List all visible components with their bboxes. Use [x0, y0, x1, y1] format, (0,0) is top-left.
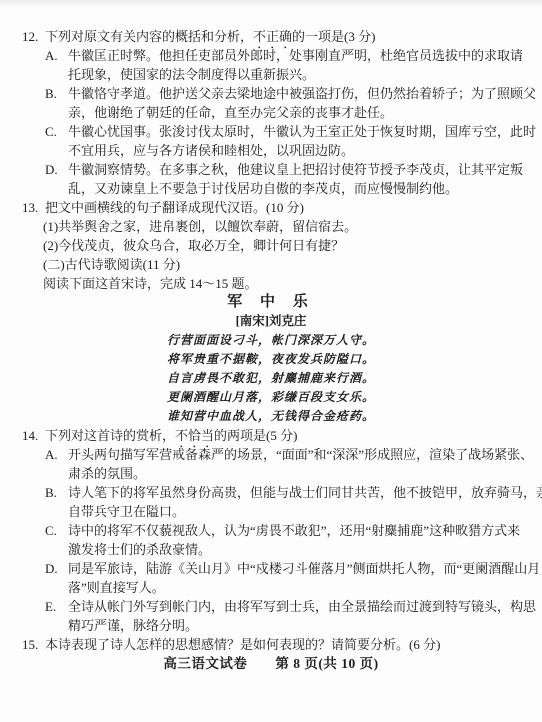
page-content: 12.下列对原文有关内容的概括和分析，不正确的一项是(3 分) A.牛徽匡正时弊… — [0, 27, 542, 673]
question-15-number: 15. — [22, 635, 45, 654]
question-12-number: 12. — [22, 27, 45, 46]
q14-option-c-text: 诗中的将军不仅藐视敌人，认为“虏畏不敢犯”，还用“射麋捕鹿”这种畋猎方式来 — [68, 523, 520, 538]
section-2-heading: (二)古代诗歌阅读(11 分) — [0, 255, 542, 274]
q14-option-b-line-1: B.诗人笔下的将军虽然身份高贵，但能与战士们同甘共苦，他不披铠甲，放弃骑马，亲 — [0, 483, 542, 502]
q14-option-b-line-2: 自带兵守卫在隘口。 — [0, 502, 542, 521]
q14-option-b-label: B. — [45, 483, 68, 502]
question-13-stem: 把文中画横线的句子翻译成现代汉语。(10 分) — [45, 200, 304, 215]
q12-option-c-line-2: 不宜用兵，应与各方诸侯和睦相处，以巩固边防。 — [0, 141, 542, 160]
poem-line: 自言虏畏不敢犯，射麋捕鹿来行酒。 — [0, 369, 542, 388]
poem-line: 将军贵重不据鞍，夜夜发兵防隘口。 — [0, 350, 542, 369]
q14-option-e-line-1: E.全诗从帐门外写到帐门内，由将军写到士兵，由全景描绘而过渡到特写镜头，构思 — [0, 597, 542, 616]
question-14-stem-row: 14.下列对这首诗的赏析，不恰当的两项是(5 分) — [0, 426, 542, 445]
question-15-stem: 本诗表现了诗人怎样的思想感情？是如何表现的？请简要分析。(6 分) — [45, 637, 440, 652]
q14-option-e-label: E. — [45, 597, 68, 616]
q14-option-d-label: D. — [45, 559, 68, 578]
question-12-stem-row: 12.下列对原文有关内容的概括和分析，不正确的一项是(3 分) — [0, 27, 542, 46]
poem-line: 行营面面设刁斗，帐门深深万人守。 — [0, 331, 542, 350]
question-13-number: 13. — [22, 198, 45, 217]
question-14-stem-pre: 下列对这首诗的赏析， — [45, 428, 175, 443]
q12-option-c-label: C. — [45, 122, 68, 141]
q12-option-d-line-2: 乱，又劝谏皇上不要急于讨伐居功自傲的李茂贞，而应慢慢制约他。 — [0, 179, 542, 198]
page-footer: 高三语文试卷 第 8 页(共 10 页) — [0, 654, 542, 673]
q12-option-c-text: 牛徽心忧国事。张浚讨伐太原时，牛徽认为王室正处于恢复时期，国库亏空，此时 — [68, 124, 536, 139]
q14-option-d-line-1: D.同是军旅诗，陆游《关山月》中“戍楼刁斗催落月”侧面烘托人物，而“更阑酒醒山月 — [0, 559, 542, 578]
question-14-stem-emphasis: 不恰当 — [175, 428, 214, 443]
q13-translation-item-1: (1)共举舆舍之家，进帛裹创，以饘饮奉蔚，留信宿去。 — [0, 217, 542, 236]
exam-paper-page: 12.下列对原文有关内容的概括和分析，不正确的一项是(3 分) A.牛徽匡正时弊… — [0, 0, 542, 722]
q14-option-c-line-2: 激发将士们的杀敌豪情。 — [0, 540, 542, 559]
scan-top-edge — [0, 0, 542, 7]
q12-option-d-label: D. — [45, 160, 68, 179]
question-15-stem-row: 15.本诗表现了诗人怎样的思想感情？是如何表现的？请简要分析。(6 分) — [0, 635, 542, 654]
q12-option-a-line-2: 托现象，使国家的法令制度得以重新振兴。 — [0, 65, 542, 84]
q12-option-d-text: 牛徽洞察情势。在多事之秋，他建议皇上把招讨使符节授予李茂贞，让其平定叛 — [68, 162, 523, 177]
poem-author: [南宋]刘克庄 — [0, 312, 542, 331]
question-14-number: 14. — [22, 426, 45, 445]
q13-translation-item-2: (2)今伐茂贞，彼众乌合，取必万全，卿计何日有捷？ — [0, 236, 542, 255]
q12-option-b-line-1: B.牛徽恪守孝道。他护送父亲去梁地途中被强盗打伤，但仍然抬着轿子；为了照顾父 — [0, 84, 542, 103]
q14-option-a-label: A. — [45, 445, 68, 464]
poem-title: 军 中 乐 — [0, 293, 542, 312]
q12-option-a-label: A. — [45, 46, 68, 65]
q14-option-d-line-2: 落”则直接写人。 — [0, 578, 542, 597]
q14-option-c-label: C. — [45, 521, 68, 540]
poem-line: 更阑酒醒山月落，彩缣百段支女乐。 — [0, 388, 542, 407]
question-12-stem-emphasis: 不正确 — [253, 29, 292, 44]
q14-option-c-line-1: C.诗中的将军不仅藐视敌人，认为“虏畏不敢犯”，还用“射麋捕鹿”这种畋猎方式来 — [0, 521, 542, 540]
q12-option-c-line-1: C.牛徽心忧国事。张浚讨伐太原时，牛徽认为王室正处于恢复时期，国库亏空，此时 — [0, 122, 542, 141]
q14-option-a-line-1: A.开头两句描写军营戒备森严的场景，“面面”和“深深”形成照应，渲染了战场紧张、 — [0, 445, 542, 464]
question-14-stem-post: 的两项是(5 分) — [214, 428, 297, 443]
section-2-instruction: 阅读下面这首宋诗，完成 14～15 题。 — [0, 274, 542, 293]
question-12-stem-pre: 下列对原文有关内容的概括和分析， — [45, 29, 253, 44]
poem-line: 谁知营中血战人，无钱得合金疮药。 — [0, 407, 542, 426]
q14-option-e-line-2: 精巧严谨，脉络分明。 — [0, 616, 542, 635]
question-13-stem-row: 13.把文中画横线的句子翻译成现代汉语。(10 分) — [0, 198, 542, 217]
q12-option-a-line-1: A.牛徽匡正时弊。他担任吏部员外郎时，处事刚直严明，杜绝官员选拔中的求取请 — [0, 46, 542, 65]
q12-option-d-line-1: D.牛徽洞察情势。在多事之秋，他建议皇上把招讨使符节授予李茂贞，让其平定叛 — [0, 160, 542, 179]
q14-option-b-text: 诗人笔下的将军虽然身份高贵，但能与战士们同甘共苦，他不披铠甲，放弃骑马，亲 — [68, 485, 542, 500]
q12-option-b-text: 牛徽恪守孝道。他护送父亲去梁地途中被强盗打伤，但仍然抬着轿子；为了照顾父 — [68, 86, 536, 101]
q12-option-a-text: 牛徽匡正时弊。他担任吏部员外郎时，处事刚直严明，杜绝官员选拔中的求取请 — [68, 48, 523, 63]
q14-option-d-text: 同是军旅诗，陆游《关山月》中“戍楼刁斗催落月”侧面烘托人物，而“更阑酒醒山月 — [68, 561, 540, 576]
q14-option-a-line-2: 肃杀的氛围。 — [0, 464, 542, 483]
q14-option-e-text: 全诗从帐门外写到帐门内，由将军写到士兵，由全景描绘而过渡到特写镜头，构思 — [68, 599, 536, 614]
q12-option-b-line-2: 亲，他谢绝了朝廷的任命，直至办完父亲的丧事才赴任。 — [0, 103, 542, 122]
question-12-stem-post: 的一项是(3 分) — [292, 29, 375, 44]
q14-option-a-text: 开头两句描写军营戒备森严的场景，“面面”和“深深”形成照应，渲染了战场紧张、 — [68, 447, 533, 462]
q12-option-b-label: B. — [45, 84, 68, 103]
